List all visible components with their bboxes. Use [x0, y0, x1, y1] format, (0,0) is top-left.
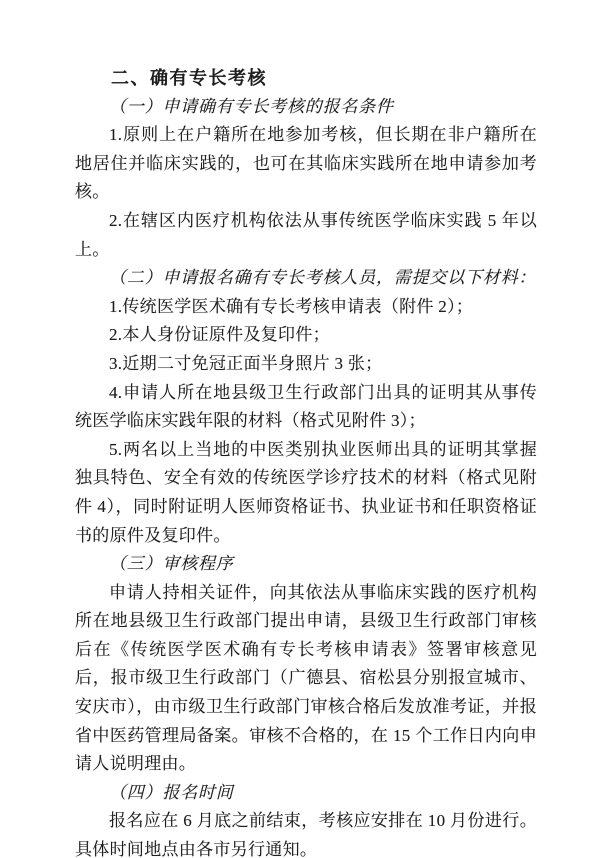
document-page: 二、确有专长考核 （一）申请确有专长考核的报名条件 1.原则上在户籍所在地参加考…	[0, 0, 611, 858]
list-item: 2.本人身份证原件及复印件；	[75, 321, 537, 350]
paragraph: 2.在辖区内医疗机构依法从事传统医学临床实践 5 年以上。	[75, 207, 537, 264]
paragraph: 1.原则上在户籍所在地参加考核，但长期在非户籍所在地居住并临床实践的，也可在其临…	[75, 121, 537, 207]
section-heading-review-procedure: （三）审核程序	[75, 550, 537, 579]
list-item: 4.申请人所在地县级卫生行政部门出具的证明其从事传统医学临床实践年限的材料（格式…	[75, 379, 537, 436]
section-heading-required-materials: （二）申请报名确有专长考核人员，需提交以下材料：	[75, 264, 537, 293]
list-item: 1.传统医学医术确有专长考核申请表（附件 2）；	[75, 293, 537, 322]
list-item: 3.近期二寸免冠正面半身照片 3 张；	[75, 350, 537, 379]
section-heading-registration-time: （四）报名时间	[75, 779, 537, 808]
section-heading-enrollment-conditions: （一）申请确有专长考核的报名条件	[75, 93, 537, 122]
list-item: 5.两名以上当地的中医类别执业医师出具的证明其掌握独具特色、安全有效的传统医学诊…	[75, 436, 537, 550]
paragraph: 申请人持相关证件，向其依法从事临床实践的医疗机构所在地县级卫生行政部门提出申请，…	[75, 579, 537, 779]
document-title: 二、确有专长考核	[75, 64, 537, 93]
paragraph: 报名应在 6 月底之前结束，考核应安排在 10 月份进行。具体时间地点由各市另行…	[75, 807, 537, 858]
